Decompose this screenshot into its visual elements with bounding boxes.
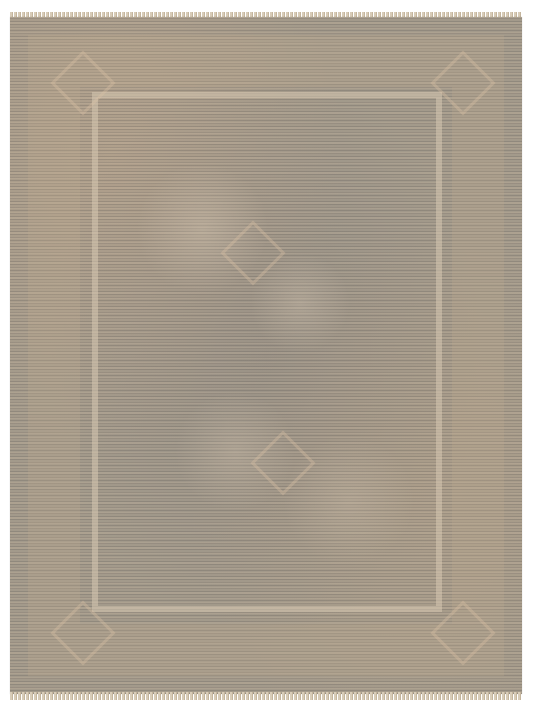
bottom-fringe	[10, 692, 522, 700]
rug-field	[105, 105, 430, 600]
